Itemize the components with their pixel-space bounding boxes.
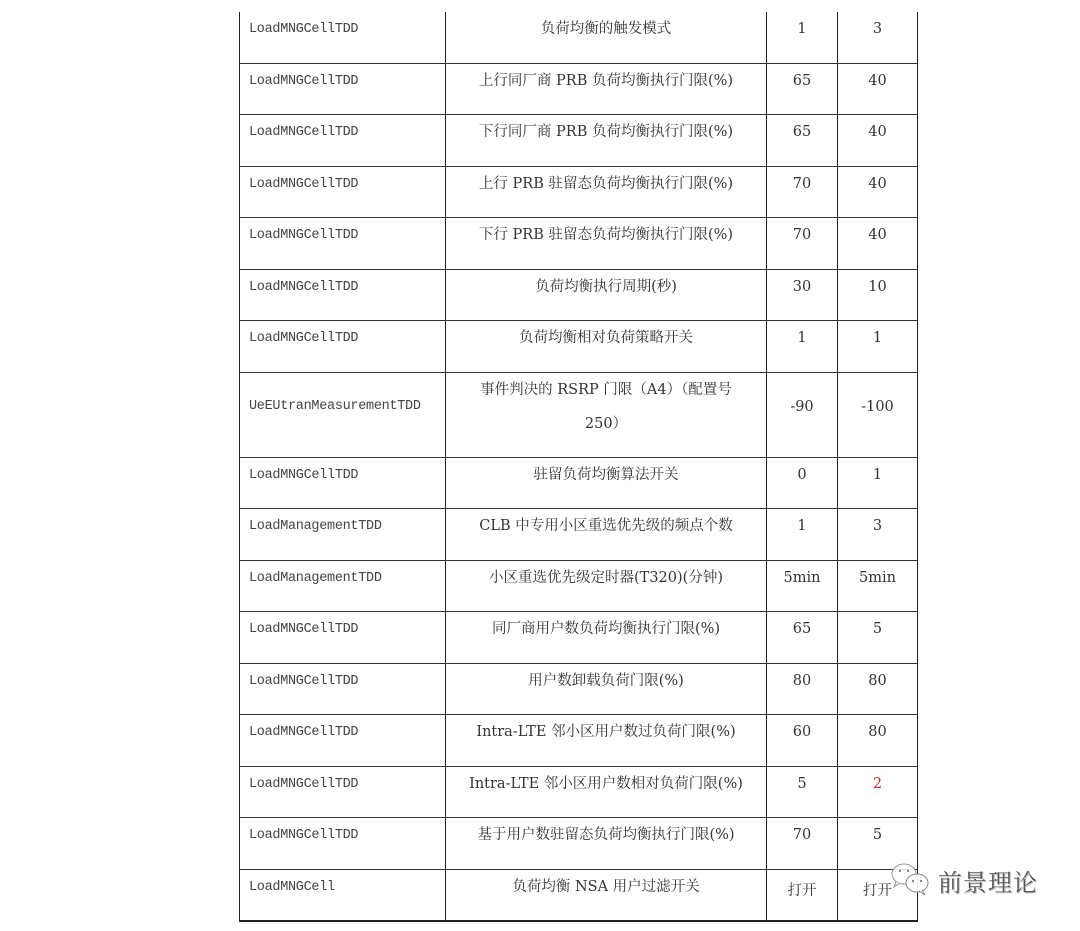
table-row: LoadManagementTDD CLB 中专用小区重选优先级的频点个数 1 …: [240, 508, 917, 560]
mo-cell: LoadMNGCellTDD: [240, 715, 446, 766]
watermark: 前景理论: [890, 862, 1038, 898]
mo-cell: LoadMNGCellTDD: [240, 612, 446, 663]
param-cell: 用户数卸载负荷门限(%): [446, 664, 767, 714]
mo-cell: LoadMNGCellTDD: [240, 321, 446, 372]
mo-cell: LoadMNGCellTDD: [240, 767, 446, 817]
value1-cell: 打开: [767, 870, 838, 920]
value2-cell: 40: [838, 64, 917, 114]
table-row: LoadMNGCellTDD 负荷均衡执行周期(秒) 30 10: [240, 269, 917, 320]
table-row: LoadManagementTDD 小区重选优先级定时器(T320)(分钟) 5…: [240, 560, 917, 611]
value2-cell: 40: [838, 167, 917, 217]
table-row: LoadMNGCellTDD 同厂商用户数负荷均衡执行门限(%) 65 5: [240, 611, 917, 663]
param-cell: 小区重选优先级定时器(T320)(分钟): [446, 561, 767, 611]
table-row: LoadMNGCellTDD 上行 PRB 驻留态负荷均衡执行门限(%) 70 …: [240, 166, 917, 217]
value1-cell: 1: [767, 509, 838, 560]
value1-cell: 30: [767, 270, 838, 320]
mo-cell: LoadMNGCellTDD: [240, 167, 446, 217]
param-cell: 下行 PRB 驻留态负荷均衡执行门限(%): [446, 218, 767, 269]
parameter-table: LoadMNGCellTDD 负荷均衡的触发模式 1 3 LoadMNGCell…: [239, 12, 918, 922]
value1-cell: 5min: [767, 561, 838, 611]
table-row: LoadMNGCellTDD 负荷均衡的触发模式 1 3: [240, 12, 917, 63]
table-row: LoadMNGCellTDD 驻留负荷均衡算法开关 0 1: [240, 457, 917, 508]
mo-cell: LoadMNGCellTDD: [240, 64, 446, 114]
value1-cell: 80: [767, 664, 838, 714]
param-cell: Intra-LTE 邻小区用户数过负荷门限(%): [446, 715, 767, 766]
value2-cell: 80: [838, 715, 917, 766]
value1-cell: 0: [767, 458, 838, 508]
param-cell: 负荷均衡执行周期(秒): [446, 270, 767, 320]
table-row: LoadMNGCellTDD Intra-LTE 邻小区用户数过负荷门限(%) …: [240, 714, 917, 766]
param-cell: 负荷均衡的触发模式: [446, 12, 767, 63]
mo-cell: LoadManagementTDD: [240, 509, 446, 560]
table-row: UeEUtranMeasurementTDD 事件判决的 RSRP 门限（A4）…: [240, 372, 917, 457]
value2-cell: 5: [838, 612, 917, 663]
param-cell: 同厂商用户数负荷均衡执行门限(%): [446, 612, 767, 663]
value2-cell: 1: [838, 458, 917, 508]
param-cell: 负荷均衡 NSA 用户过滤开关: [446, 870, 767, 920]
value2-cell: 40: [838, 115, 917, 166]
watermark-text: 前景理论: [938, 863, 1038, 898]
mo-cell: LoadMNGCellTDD: [240, 218, 446, 269]
value1-cell: 65: [767, 64, 838, 114]
table-row: LoadMNGCellTDD 下行 PRB 驻留态负荷均衡执行门限(%) 70 …: [240, 217, 917, 269]
wechat-icon: [890, 862, 932, 898]
value2-cell-highlighted: 2: [838, 767, 917, 817]
mo-cell: LoadMNGCellTDD: [240, 270, 446, 320]
param-cell: 上行同厂商 PRB 负荷均衡执行门限(%): [446, 64, 767, 114]
param-cell: CLB 中专用小区重选优先级的频点个数: [446, 509, 767, 560]
value1-cell: 5: [767, 767, 838, 817]
param-cell: 驻留负荷均衡算法开关: [446, 458, 767, 508]
value2-cell: -100: [838, 373, 917, 457]
value2-cell: 10: [838, 270, 917, 320]
table-row: LoadMNGCellTDD Intra-LTE 邻小区用户数相对负荷门限(%)…: [240, 766, 917, 817]
param-cell: 负荷均衡相对负荷策略开关: [446, 321, 767, 372]
value1-cell: 1: [767, 12, 838, 63]
mo-cell: LoadManagementTDD: [240, 561, 446, 611]
table-row: LoadMNGCellTDD 用户数卸载负荷门限(%) 80 80: [240, 663, 917, 714]
value1-cell: 65: [767, 115, 838, 166]
table-row: LoadMNGCellTDD 基于用户数驻留态负荷均衡执行门限(%) 70 5: [240, 817, 917, 869]
value2-cell: 1: [838, 321, 917, 372]
param-cell: 事件判决的 RSRP 门限（A4）（配置号 250）: [446, 373, 767, 457]
value1-cell: 70: [767, 218, 838, 269]
mo-cell: LoadMNGCellTDD: [240, 458, 446, 508]
param-cell: 下行同厂商 PRB 负荷均衡执行门限(%): [446, 115, 767, 166]
mo-cell: LoadMNGCellTDD: [240, 664, 446, 714]
value1-cell: -90: [767, 373, 838, 457]
param-cell: 上行 PRB 驻留态负荷均衡执行门限(%): [446, 167, 767, 217]
value2-cell: 5min: [838, 561, 917, 611]
value1-cell: 65: [767, 612, 838, 663]
mo-cell: LoadMNGCell: [240, 870, 446, 920]
value2-cell: 3: [838, 12, 917, 63]
value2-cell: 40: [838, 218, 917, 269]
table-row: LoadMNGCellTDD 上行同厂商 PRB 负荷均衡执行门限(%) 65 …: [240, 63, 917, 114]
mo-cell: LoadMNGCellTDD: [240, 12, 446, 63]
mo-cell: UeEUtranMeasurementTDD: [240, 373, 446, 457]
value1-cell: 1: [767, 321, 838, 372]
value1-cell: 70: [767, 818, 838, 869]
table-row: LoadMNGCellTDD 下行同厂商 PRB 负荷均衡执行门限(%) 65 …: [240, 114, 917, 166]
param-cell: 基于用户数驻留态负荷均衡执行门限(%): [446, 818, 767, 869]
value2-cell: 80: [838, 664, 917, 714]
table-row: LoadMNGCellTDD 负荷均衡相对负荷策略开关 1 1: [240, 320, 917, 372]
mo-cell: LoadMNGCellTDD: [240, 818, 446, 869]
value1-cell: 60: [767, 715, 838, 766]
param-cell: Intra-LTE 邻小区用户数相对负荷门限(%): [446, 767, 767, 817]
value1-cell: 70: [767, 167, 838, 217]
table-row: LoadMNGCell 负荷均衡 NSA 用户过滤开关 打开 打开: [240, 869, 917, 920]
mo-cell: LoadMNGCellTDD: [240, 115, 446, 166]
value2-cell: 3: [838, 509, 917, 560]
